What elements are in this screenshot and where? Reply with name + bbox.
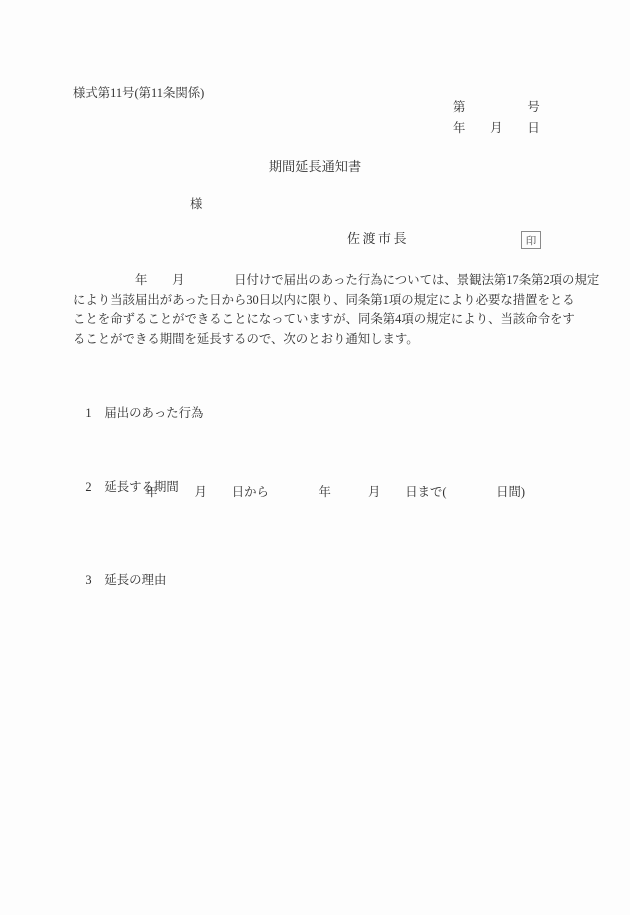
addressee-honorific: 様 [190,197,202,211]
section-2-period-blanks: 年 月 日から 年 月 日まで( 日間) [145,482,525,500]
seal-label: 印 [526,233,537,248]
issue-date-line: 年 月 日 [453,121,540,135]
sender-name: 佐渡市長 [347,232,409,246]
notice-body-line: ことを命ずることができることになっていますが、同条第4項の規定により、当該命令を… [73,310,573,330]
page-title: 期間延長通知書 [0,160,630,174]
section-1-heading: 1届出のあった行為 [73,388,203,436]
notice-body-line: ることができる期間を延長するので、次のとおり通知します。 [73,330,573,350]
section-heading-text: 延長の理由 [104,573,166,587]
seal-mark-icon: 印 [521,231,541,249]
section-3-heading: 3延長の理由 [73,555,166,603]
doc-number-line: 第 号 [453,100,540,114]
notice-body-line: 年 月 日付けで届出のあった行為については、景観法第17条第2項の規定 [73,271,573,291]
section-heading-text: 届出のあった行為 [104,406,203,420]
section-number: 3 [85,573,104,588]
form-number: 様式第11号(第11条関係) [73,86,204,100]
notice-body-line: により当該届出があった日から30日以内に限り、同条第1項の規定により必要な措置を… [73,291,573,311]
notice-body: 年 月 日付けで届出のあった行為については、景観法第17条第2項の規定 により当… [73,271,573,349]
section-number: 2 [85,480,104,495]
notice-form-page: 様式第11号(第11条関係) 第 号 年 月 日 期間延長通知書 様 佐渡市長 … [0,0,630,915]
section-number: 1 [85,406,104,421]
